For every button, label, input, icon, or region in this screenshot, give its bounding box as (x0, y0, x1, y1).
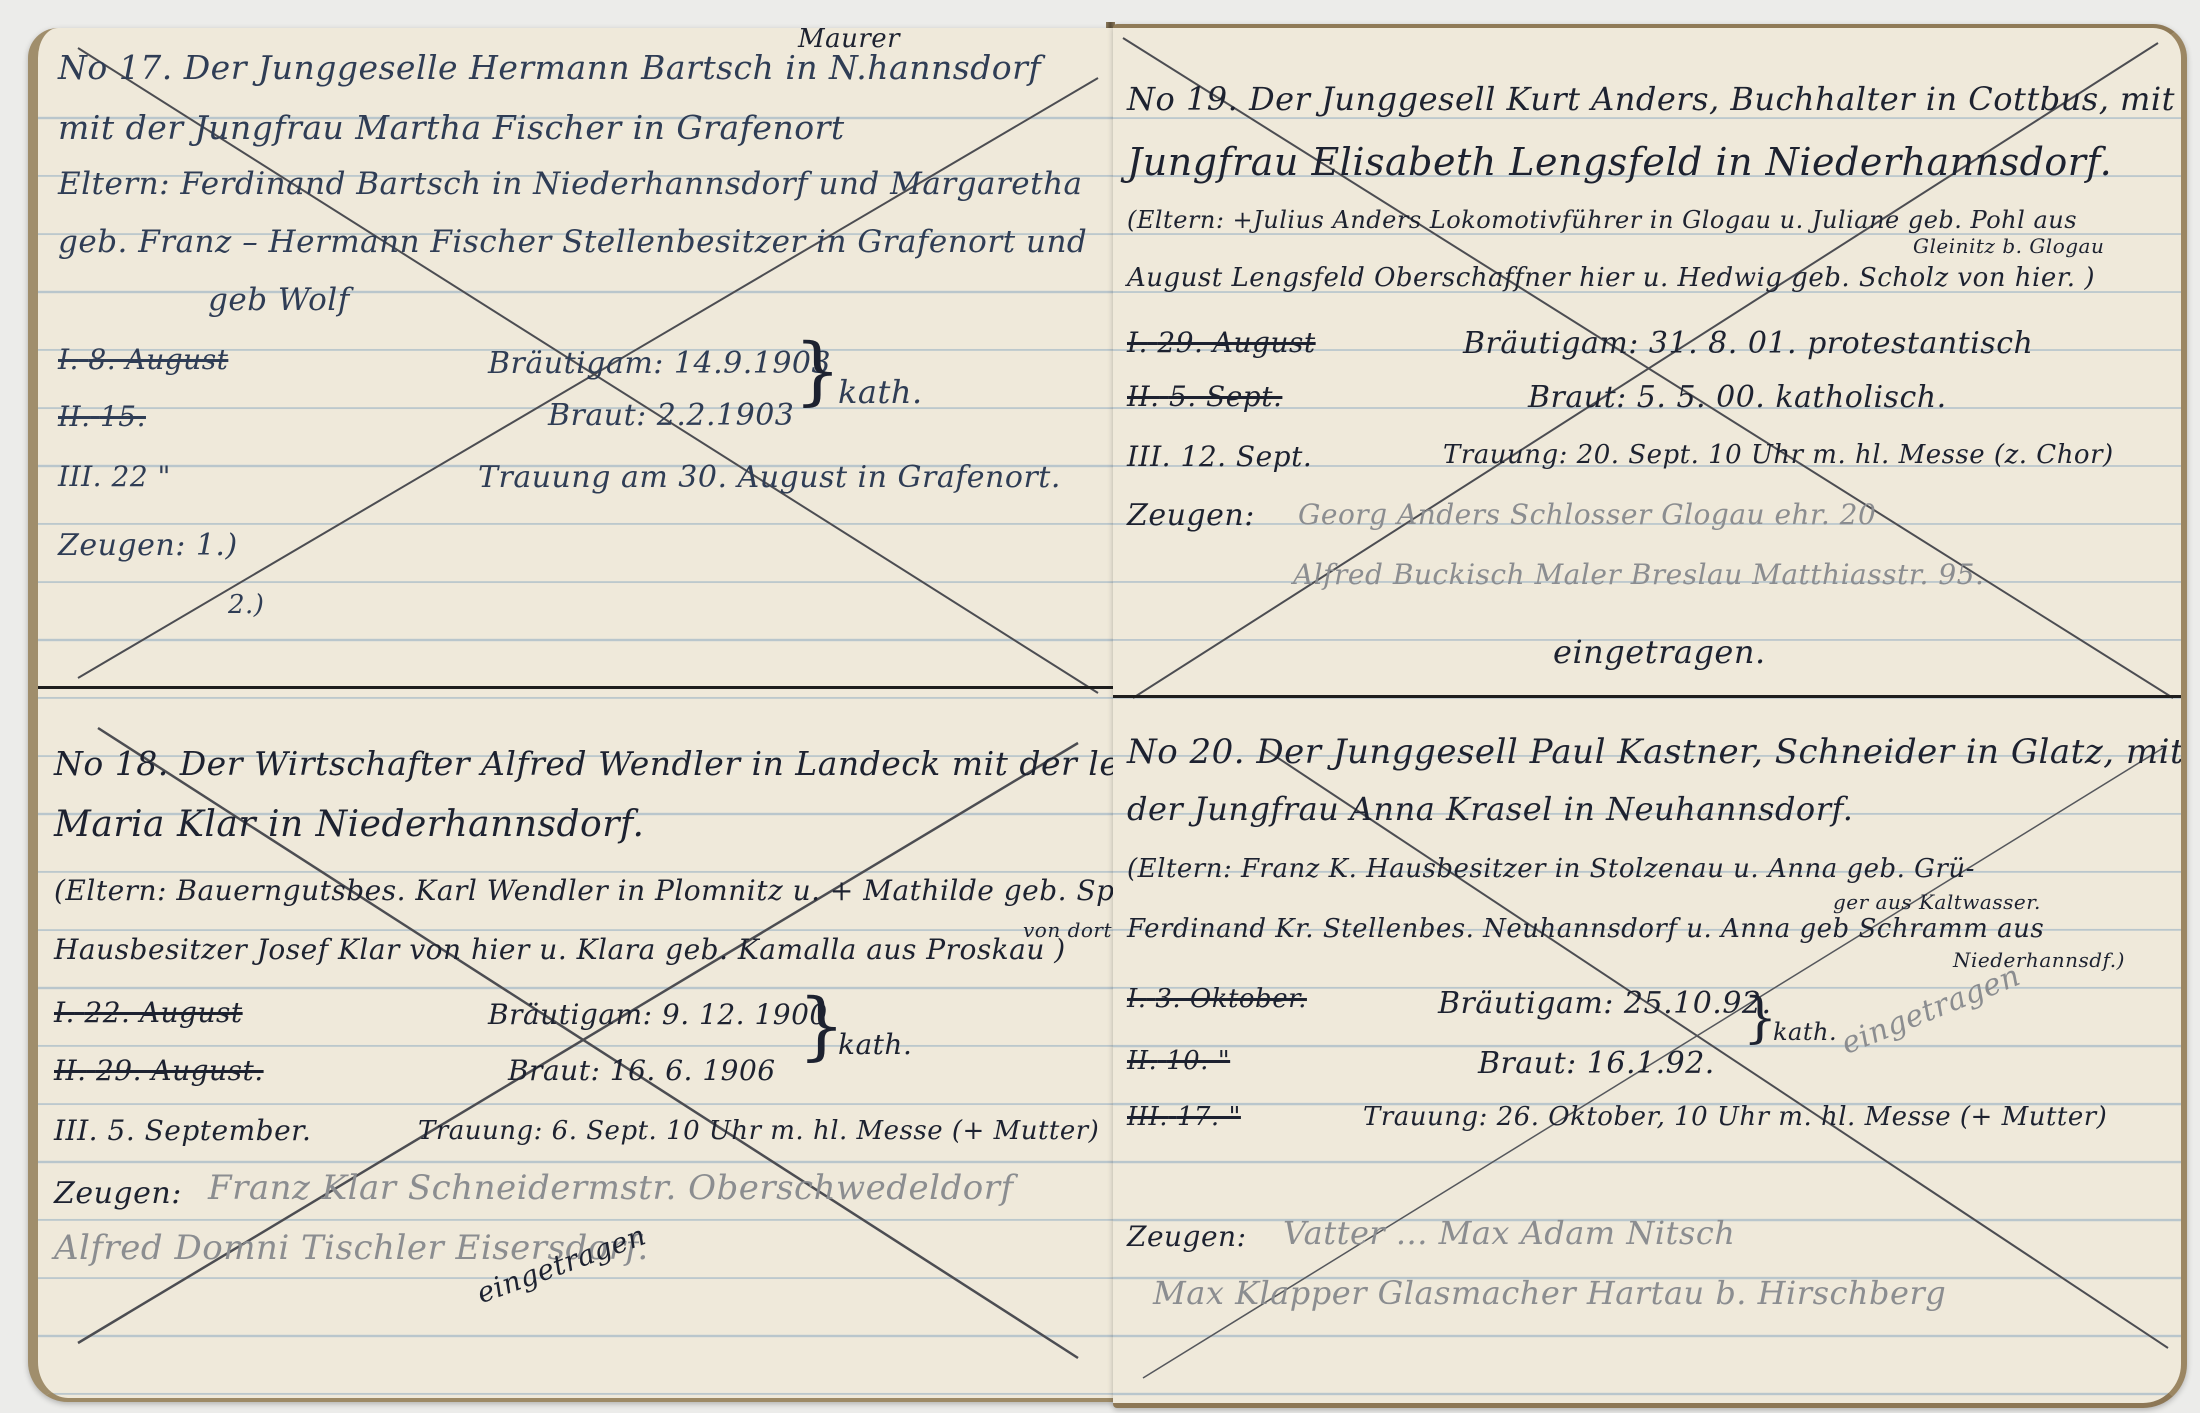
entered-mark: eingetragen. (1553, 633, 1766, 671)
bride-line: Jungfrau Elisabeth Lengsfeld in Niederha… (1127, 140, 2112, 184)
witness-2-label: 2.) (228, 590, 264, 620)
wedding-info: Trauung: 6. Sept. 10 Uhr m. hl. Messe (+… (418, 1116, 1099, 1146)
witness-1: Georg Anders Schlosser Glogau ehr. 20 (1298, 498, 1876, 531)
wedding-info: Trauung: 20. Sept. 10 Uhr m. hl. Messe (… (1443, 440, 2114, 470)
witness-1: Vatter ... Max Adam Nitsch (1283, 1214, 1735, 1252)
record-number: No 20. (1127, 732, 1245, 772)
groom-line: Der Wirtschafter Alfred Wendler in Lande… (180, 744, 1118, 783)
record-number: No 18. (54, 744, 169, 783)
parents-line-2: Ferdinand Kr. Stellenbes. Neuhannsdorf u… (1127, 914, 2044, 944)
right-page: No 19. Der Junggesell Kurt Anders, Buchh… (1113, 24, 2187, 1408)
brace: } (794, 328, 841, 414)
groom-line: Der Junggeselle Hermann Bartsch in N.han… (184, 48, 1041, 87)
witnesses-label: Zeugen: (1127, 1220, 1247, 1253)
bride-birthdate: Braut: 2.2.1903 (548, 398, 794, 433)
banns-2: II. 29. August. (54, 1054, 264, 1087)
witness-2: Max Klapper Glasmacher Hartau b. Hirschb… (1153, 1274, 1946, 1312)
entered-mark: eingetragen (1836, 958, 2025, 1062)
banns-2: II. 10. " (1127, 1046, 1230, 1076)
witness-2: Alfred Buckisch Maler Breslau Matthiasst… (1293, 558, 1984, 591)
witnesses-label: Zeugen: (54, 1176, 182, 1211)
banns-3: III. 17. " (1127, 1102, 1241, 1132)
record-number: No 19. (1127, 80, 1238, 118)
confession: kath. (838, 1028, 912, 1061)
bride-line: Maria Klar in Niederhannsdorf. (54, 804, 644, 845)
groom-line: Der Junggesell Kurt Anders, Buchhalter i… (1249, 80, 2187, 118)
banns-2: II. 5. Sept. (1127, 380, 1282, 413)
parents-annotation: Gleinitz b. Glogau (1913, 234, 2104, 258)
banns-1: I. 29. August (1127, 326, 1316, 359)
groom-birthdate: Bräutigam: 31. 8. 01. protestantisch (1463, 326, 2033, 361)
record-divider (38, 686, 1118, 689)
parents-line-2: August Lengsfeld Oberschaffner hier u. H… (1127, 263, 2095, 293)
bride-line: mit der Jungfrau Martha Fischer in Grafe… (58, 108, 845, 147)
occupation-annotation: Maurer (798, 28, 900, 54)
banns-1: I. 8. August (58, 343, 228, 376)
record-divider (1113, 695, 2181, 698)
parents-line-2: Hausbesitzer Josef Klar von hier u. Klar… (54, 933, 1066, 966)
parents-line-1: (Eltern: Bauerngutsbes. Karl Wendler in … (54, 874, 1118, 907)
bride-birthdate: Braut: 5. 5. 00. katholisch. (1528, 380, 1947, 415)
banns-3: III. 12. Sept. (1127, 440, 1312, 473)
groom-birthdate: Bräutigam: 9. 12. 1900 (488, 998, 828, 1031)
parents-annotation-2: Niederhannsdf.) (1953, 948, 2125, 972)
confession: kath. (838, 373, 923, 411)
groom-birthdate: Bräutigam: 25.10.92. (1438, 986, 1772, 1021)
bride-birthdate: Braut: 16.1.92. (1478, 1046, 1715, 1081)
banns-3: III. 22 " (58, 460, 171, 493)
parents-line-2: geb. Franz – Hermann Fischer Stellenbesi… (58, 224, 1087, 260)
banns-1: I. 22. August (54, 996, 243, 1029)
parents-line-1: Eltern: Ferdinand Bartsch in Niederhanns… (58, 166, 1083, 202)
witness-1: Franz Klar Schneidermstr. Oberschwedeldo… (208, 1168, 1014, 1208)
banns-3: III. 5. September. (54, 1114, 311, 1147)
wedding-info: Trauung: 26. Oktober, 10 Uhr m. hl. Mess… (1363, 1102, 2107, 1132)
record-number: No 17. (58, 48, 173, 87)
confession: kath. (1773, 1018, 1837, 1046)
parents-annotation-1: ger aus Kaltwasser. (1833, 890, 2041, 914)
groom-birthdate: Bräutigam: 14.9.1903 (488, 346, 831, 381)
parents-line-3: geb Wolf (208, 282, 350, 318)
left-page: No 17. Der Junggeselle Hermann Bartsch i… (28, 28, 1118, 1402)
witnesses-label: Zeugen: 1.) (58, 528, 238, 563)
banns-2: II. 15. (58, 400, 146, 433)
banns-1: I. 3. Oktober. (1127, 984, 1307, 1014)
bride-birthdate: Braut: 16. 6. 1906 (508, 1054, 776, 1087)
parents-line-1: (Eltern: +Julius Anders Lokomotivführer … (1127, 206, 2077, 234)
wedding-info: Trauung am 30. August in Grafenort. (478, 460, 1061, 495)
witnesses-label: Zeugen: (1127, 498, 1255, 533)
parents-line-1: (Eltern: Franz K. Hausbesitzer in Stolze… (1127, 854, 1975, 884)
bride-line: der Jungfrau Anna Krasel in Neuhannsdorf… (1127, 790, 1853, 828)
groom-line: Der Junggesell Paul Kastner, Schneider i… (1256, 732, 2184, 772)
